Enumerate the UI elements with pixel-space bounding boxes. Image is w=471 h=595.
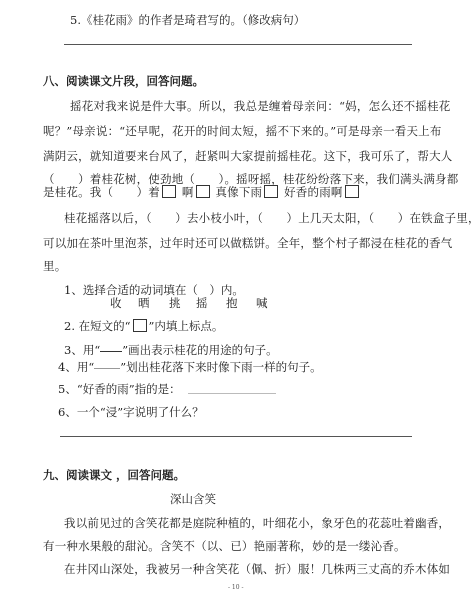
punctuation-box-2[interactable] <box>196 185 210 198</box>
passage2-line-2: 可以加在茶叶里泡茶，过年时还可以做糕饼。全年，整个村子都浸在桂花的香气 <box>43 235 453 251</box>
verb-option: 收 <box>110 295 138 311</box>
question-8-6: 6、一个“浸”字说明了什么？ <box>58 404 204 420</box>
passage-text-d: 好香的雨啊 <box>284 185 343 199</box>
verb-option: 抱 <box>226 295 256 311</box>
verb-option: 摇 <box>196 295 226 311</box>
passage2-line-3: 里。 <box>43 258 66 274</box>
passage-text-c: 真像下雨 <box>215 185 262 199</box>
punctuation-box-1[interactable] <box>162 185 176 198</box>
q3-text-b: ”画出表示桂花的用途的句子。 <box>122 343 277 357</box>
answer-line-8-5[interactable] <box>188 393 276 394</box>
passage-text-a: 是桂花。我（ ）着 <box>43 185 160 199</box>
article-line-3: 在井冈山深处，我被另一种含笑花（佩、折）服！几株两三丈高的乔木体如 <box>64 561 450 577</box>
q5-text: 5、“好香的雨”指的是： <box>58 382 181 396</box>
passage-line-1: 摇花对我来说是件大事。所以，我总是缠着母亲问：“妈，怎么还不摇桂花 <box>70 98 450 114</box>
punctuation-box-4[interactable] <box>345 185 359 198</box>
passage-line-2: 呢？”母亲说：“还早呢，花开的时间太短，摇不下来的。”可是母亲一看天上布 <box>43 123 442 139</box>
article-line-2: 有一种水果般的甜沁。含笑不（以、已）艳丽著称，妙的是一缕沁香。 <box>43 538 406 554</box>
q2-text-b: ”内填上标点。 <box>149 319 224 333</box>
verb-option: 挑 <box>169 295 196 311</box>
answer-line-7-5[interactable] <box>64 44 412 45</box>
passage2-line-1: 桂花摇落以后，（ ）去小枝小叶，（ ）上几天太阳，（ ）在铁盒子里， <box>64 210 471 226</box>
page-number: - 10 - <box>228 584 244 591</box>
underline-symbol <box>100 351 122 352</box>
box-symbol <box>133 319 147 332</box>
underline-symbol <box>94 368 120 369</box>
question-8-2: 2. 在短文的“”内填上标点。 <box>64 318 223 334</box>
verb-options: 收 晒 挑 摇 抱 喊 <box>110 295 268 311</box>
question-7-5: 5.《桂花雨》的作者是琦君写的。（修改病句） <box>70 12 305 28</box>
section-9-heading: 九、阅读课文 ，回答问题。 <box>43 467 185 483</box>
passage-text-b: 啊 <box>182 185 194 199</box>
article-title: 深山含笑 <box>170 491 216 507</box>
passage-line-3: 满阴云，就知道要来台风了，赶紧叫大家提前摇桂花。这下，我可乐了，帮大人 <box>43 148 453 164</box>
answer-line-8-6[interactable] <box>60 436 412 437</box>
question-8-4: 4、用“”划出桂花落下来时像下雨一样的句子。 <box>58 359 322 375</box>
punctuation-box-3[interactable] <box>264 185 278 198</box>
article-line-1: 我以前见过的含笑花都是庭院种植的，叶细花小，象牙色的花蕊吐着幽香， <box>64 515 450 531</box>
q3-text-a: 3、用“ <box>64 343 100 357</box>
verb-option: 喊 <box>256 295 268 311</box>
q4-text-a: 4、用“ <box>58 360 94 374</box>
q2-text-a: 2. 在短文的“ <box>64 319 131 333</box>
question-8-5: 5、“好香的雨”指的是： <box>58 381 181 397</box>
verb-option: 晒 <box>138 295 169 311</box>
passage-line-5: 是桂花。我（ ）着 啊 真像下雨 好香的雨啊 <box>43 184 361 200</box>
q4-text-b: ”划出桂花落下来时像下雨一样的句子。 <box>120 360 321 374</box>
section-8-heading: 八、阅读课文片段，回答问题。 <box>43 73 204 89</box>
question-8-3: 3、用“”画出表示桂花的用途的句子。 <box>64 342 278 358</box>
